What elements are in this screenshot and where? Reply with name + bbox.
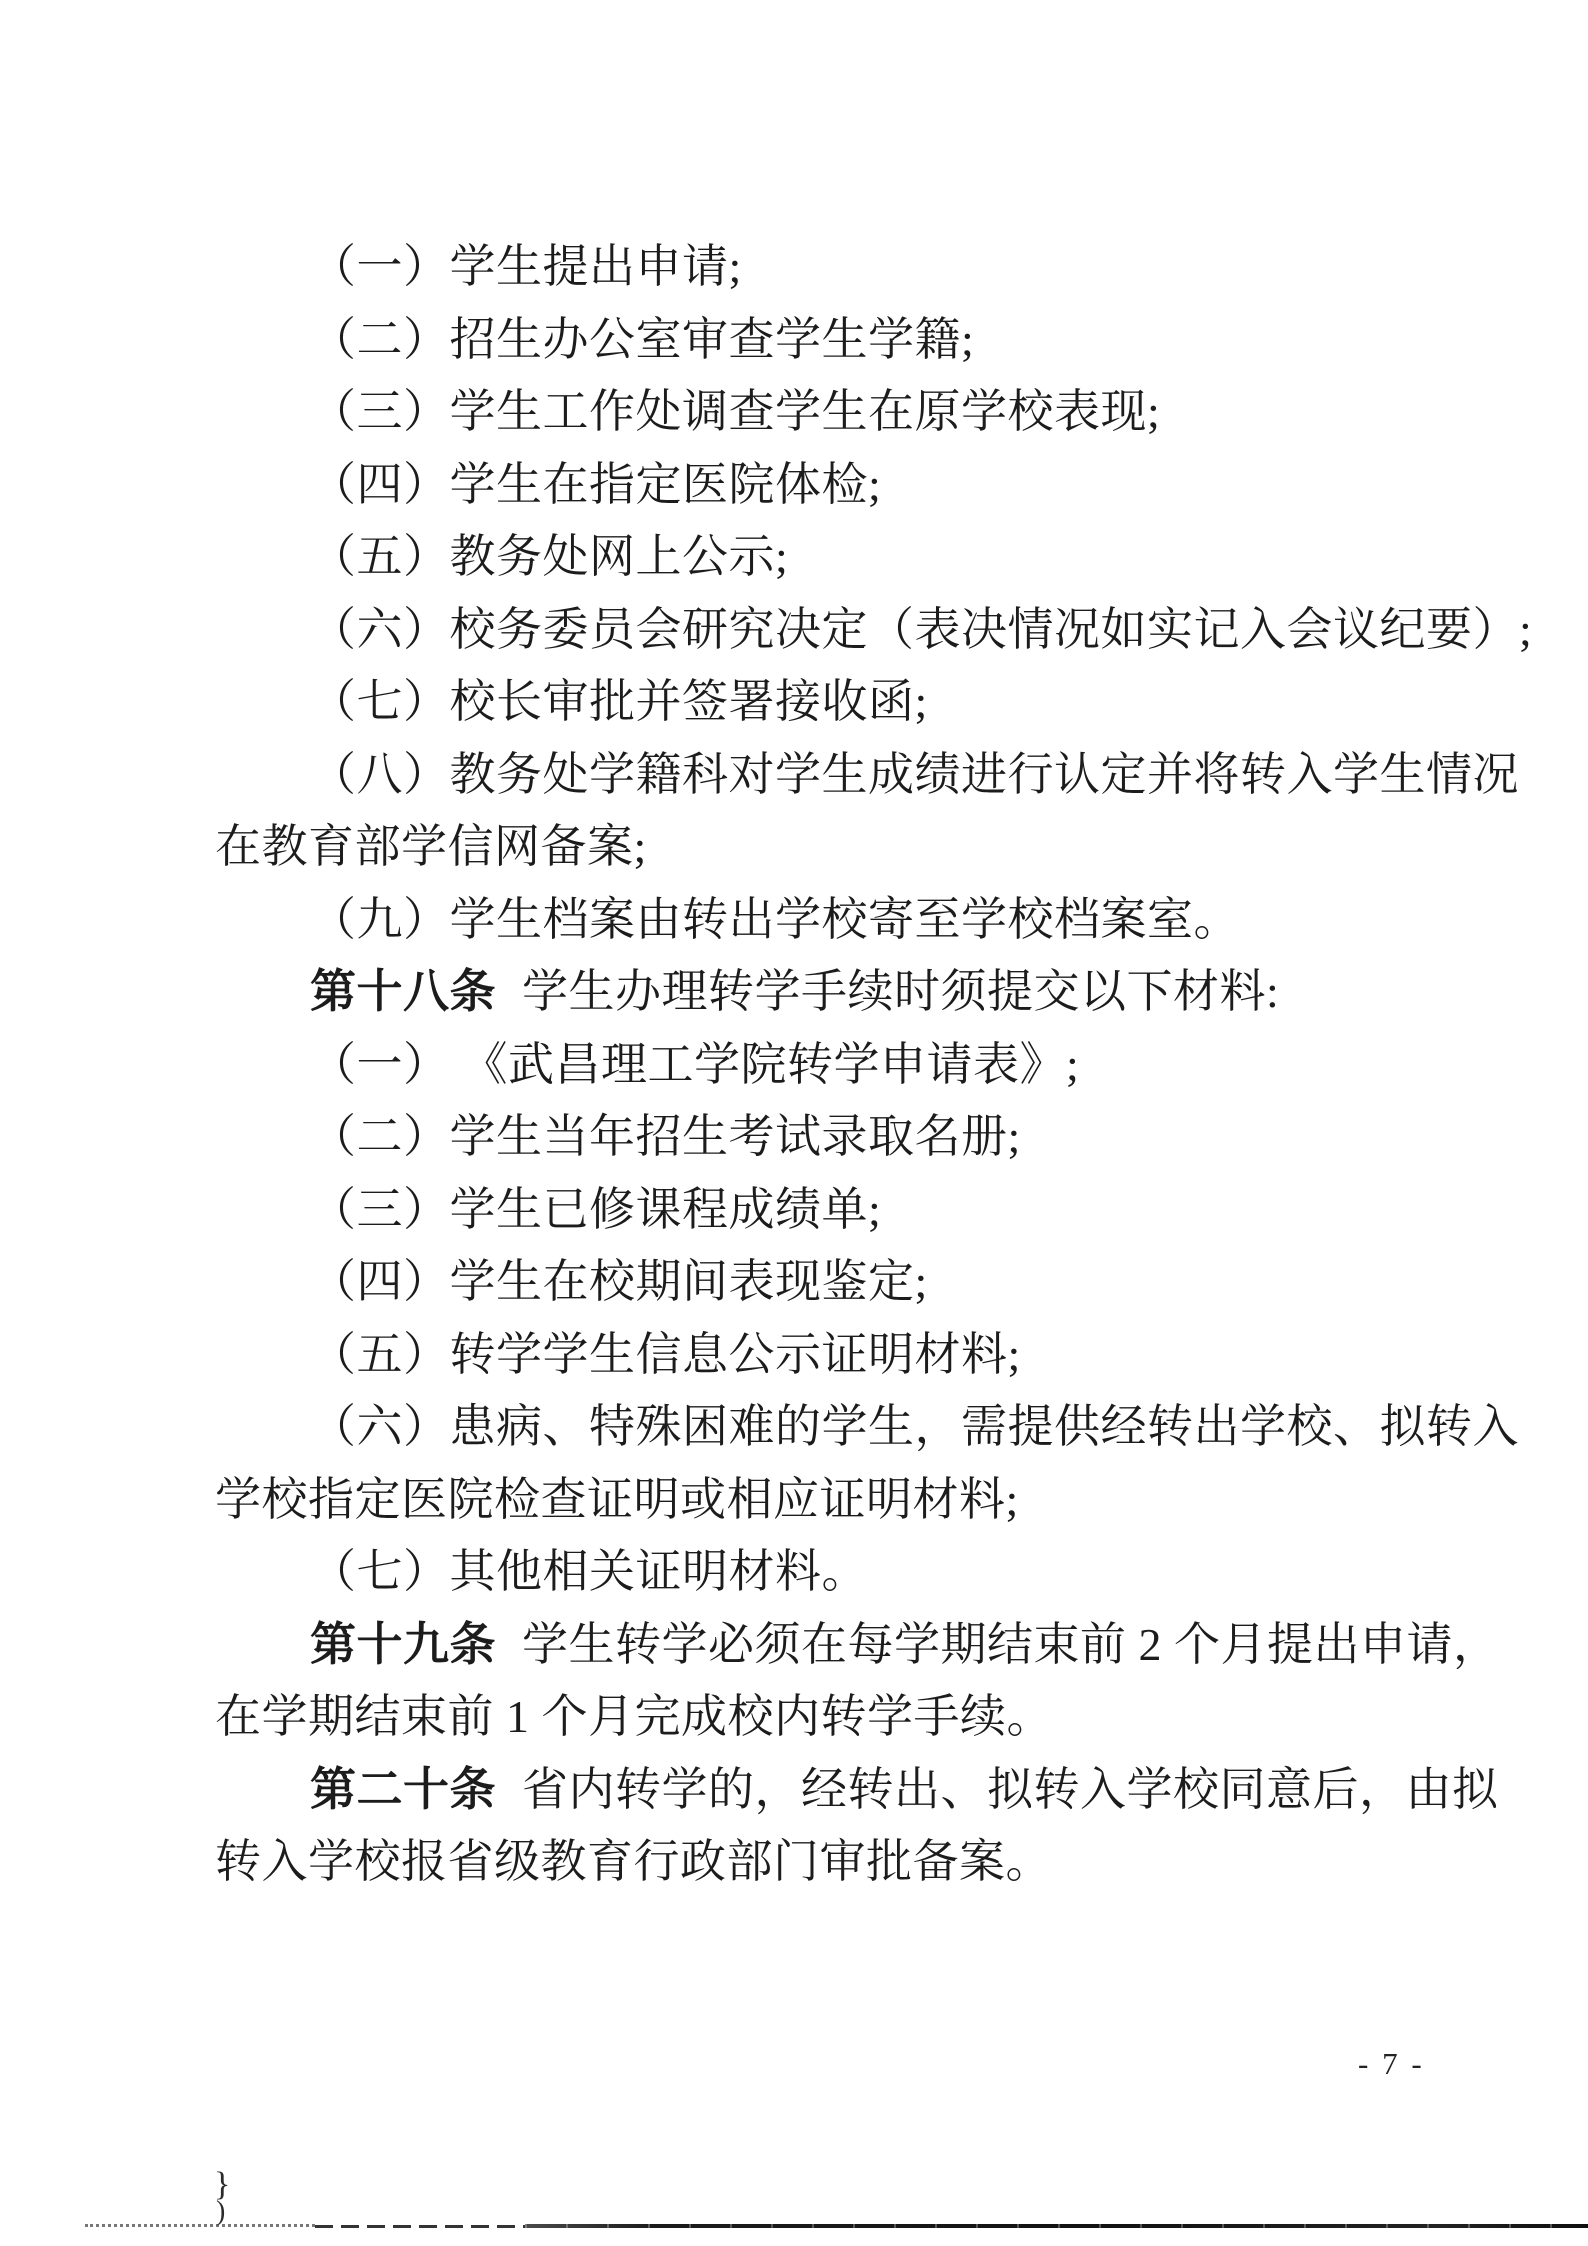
document-line: （一）学生提出申请;: [215, 231, 1588, 304]
line-text: （九）学生档案由转出学校寄至学校档案室。: [310, 894, 1240, 945]
line-text: 省内转学的，经转出、拟转入学校同意后，由拟: [522, 1764, 1499, 1815]
document-line: （七）校长审批并签署接收函;: [215, 666, 1588, 739]
document-line: （二）学生当年招生考试录取名册;: [215, 1101, 1588, 1174]
document-line: （四）学生在校期间表现鉴定;: [215, 1246, 1588, 1319]
document-line: 在学期结束前 1 个月完成校内转学手续。: [215, 1681, 1588, 1754]
line-text: （五）教务处网上公示;: [310, 531, 788, 582]
scan-artifact-rule-solid-segment: [525, 2224, 1588, 2228]
document-line: （九）学生档案由转出学校寄至学校档案室。: [215, 884, 1588, 957]
document-line: 第十八条学生办理转学手续时须提交以下材料:: [215, 956, 1588, 1029]
line-text: （一）学生提出申请;: [310, 241, 742, 292]
document-line: （三）学生已修课程成绩单;: [215, 1174, 1588, 1247]
line-text: （三）学生已修课程成绩单;: [310, 1184, 881, 1235]
article-number-bold-text: 第十八条: [310, 966, 496, 1017]
line-text: （七）校长审批并签署接收函;: [310, 676, 928, 727]
line-text: （五）转学学生信息公示证明材料;: [310, 1329, 1021, 1380]
document-line: （一） 《武昌理工学院转学申请表》;: [215, 1029, 1588, 1102]
document-line: （八）教务处学籍科对学生成绩进行认定并将转入学生情况: [215, 739, 1588, 812]
line-text: 学校指定医院检查证明或相应证明材料;: [215, 1474, 1019, 1525]
document-line: 转入学校报省级教育行政部门审批备案。: [215, 1826, 1588, 1899]
document-line: （四）学生在指定医院体检;: [215, 449, 1588, 522]
document-line: （五）教务处网上公示;: [215, 521, 1588, 594]
line-text: 学生转学必须在每学期结束前 2 个月提出申请，: [522, 1619, 1500, 1670]
line-text: （四）学生在校期间表现鉴定;: [310, 1256, 928, 1307]
article-number-bold-text: 第二十条: [310, 1764, 496, 1815]
line-text: （六）患病、特殊困难的学生，需提供经转出学校、拟转入: [310, 1401, 1519, 1452]
line-text: 转入学校报省级教育行政部门审批备案。: [215, 1836, 1052, 1887]
line-text: （七）其他相关证明材料。: [310, 1546, 868, 1597]
line-text: （八）教务处学籍科对学生成绩进行认定并将转入学生情况: [310, 749, 1519, 800]
page-number: - 7 -: [1358, 2046, 1425, 2082]
document-line: （六）患病、特殊困难的学生，需提供经转出学校、拟转入: [215, 1391, 1588, 1464]
line-text: （二）学生当年招生考试录取名册;: [310, 1111, 1021, 1162]
line-text: （二）招生办公室审查学生学籍;: [310, 314, 974, 365]
document-line: 第二十条省内转学的，经转出、拟转入学校同意后，由拟: [215, 1754, 1588, 1827]
line-text: （三）学生工作处调查学生在原学校表现;: [310, 386, 1160, 437]
document-line: 第十九条学生转学必须在每学期结束前 2 个月提出申请，: [215, 1609, 1588, 1682]
scanned-document-page: （一）学生提出申请;（二）招生办公室审查学生学籍;（三）学生工作处调查学生在原学…: [0, 0, 1588, 2246]
document-line: （七）其他相关证明材料。: [215, 1536, 1588, 1609]
document-line: （二）招生办公室审查学生学籍;: [215, 304, 1588, 377]
scan-artifact-bottom-rule: [0, 2220, 1588, 2232]
article-number-bold-text: 第十九条: [310, 1619, 496, 1670]
line-text: 在学期结束前 1 个月完成校内转学手续。: [215, 1691, 1053, 1742]
line-text: （六）校务委员会研究决定（表决情况如实记入会议纪要）;: [310, 604, 1532, 655]
scan-artifact-brace: } ): [214, 2170, 230, 2224]
line-text: （一） 《武昌理工学院转学申请表》;: [310, 1039, 1079, 1090]
line-text: 学生办理转学手续时须提交以下材料:: [522, 966, 1279, 1017]
document-line: 在教育部学信网备案;: [215, 811, 1588, 884]
document-text-block: （一）学生提出申请;（二）招生办公室审查学生学籍;（三）学生工作处调查学生在原学…: [215, 231, 1588, 1899]
document-line: （三）学生工作处调查学生在原学校表现;: [215, 376, 1588, 449]
document-line: 学校指定医院检查证明或相应证明材料;: [215, 1464, 1588, 1537]
scan-artifact-rule-dashed-segment: [315, 2225, 525, 2228]
document-line: （五）转学学生信息公示证明材料;: [215, 1319, 1588, 1392]
line-text: 在教育部学信网备案;: [215, 821, 647, 872]
scan-artifact-rule-dotted-segment: [85, 2224, 315, 2227]
document-line: （六）校务委员会研究决定（表决情况如实记入会议纪要）;: [215, 594, 1588, 667]
line-text: （四）学生在指定医院体检;: [310, 459, 881, 510]
